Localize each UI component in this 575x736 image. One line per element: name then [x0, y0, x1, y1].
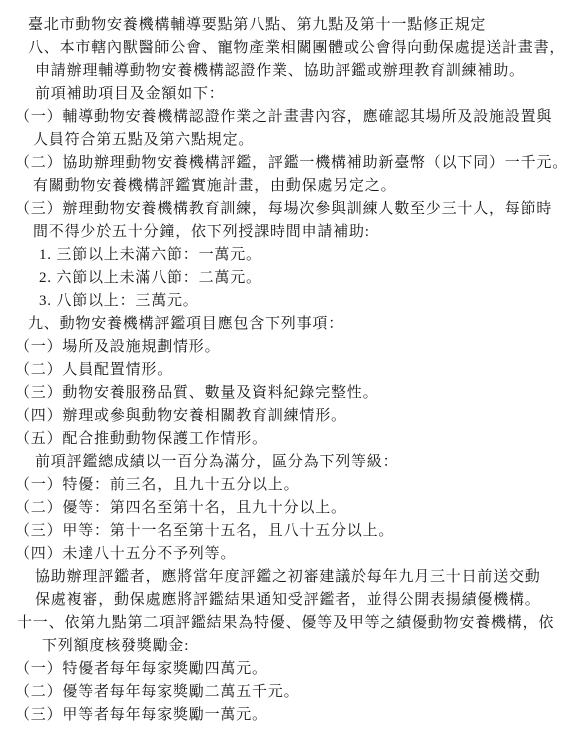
document-line: 2. 六節以上未滿八節：二萬元。	[39, 267, 575, 290]
document-line: 協助辦理評鑑者，應將當年度評鑑之初審建議於每年九月三十日前送交動	[35, 566, 575, 589]
document-page: 臺北市動物安養機構輔導要點第八點、第九點及第十一點修正規定八、本市轄內獸醫師公會…	[0, 0, 575, 736]
document-line: （四）辦理或參與動物安養相關教育訓練情形。	[15, 405, 575, 428]
document-line: （四）未達八十五分不予列等。	[15, 543, 575, 566]
document-line: 十一、依第九點第二項評鑑結果為特優、優等及甲等之績優動物安養機構，依	[17, 612, 575, 635]
document-title: 臺北市動物安養機構輔導要點第八點、第九點及第十一點修正規定	[28, 14, 575, 37]
document-line: （三）辦理動物安養機構教育訓練，每場次參與訓練人數至少三十人，每節時	[15, 198, 575, 221]
document-line: 1. 三節以上未滿六節：一萬元。	[39, 244, 575, 267]
document-line: （五）配合推動動物保護工作情形。	[15, 428, 575, 451]
document-line: （三）動物安養服務品質、數量及資料紀錄完整性。	[15, 382, 575, 405]
document-line: 有關動物安養機構評鑑實施計畫，由動保處另定之。	[33, 175, 575, 198]
document-line: （一）輔導動物安養機構認證作業之計畫書內容，應確認其場所及設施設置與	[15, 106, 575, 129]
document-body: 臺北市動物安養機構輔導要點第八點、第九點及第十一點修正規定八、本市轄內獸醫師公會…	[0, 14, 575, 727]
document-line: （二）人員配置情形。	[15, 359, 575, 382]
document-line: （一）特優者每年每家獎勵四萬元。	[15, 658, 575, 681]
document-line: 九、動物安養機構評鑑項目應包含下列事項：	[28, 313, 575, 336]
document-line: （二）協助辦理動物安養機構評鑑，評鑑一機構補助新臺幣（以下同）一千元。	[15, 152, 575, 175]
document-line: 申請辦理輔導動物安養機構認證作業、協助評鑑或辦理教育訓練補助。	[35, 60, 575, 83]
document-line: 前項補助項目及金額如下：	[35, 83, 575, 106]
document-line: （三）甲等者每年每家獎勵一萬元。	[15, 704, 575, 727]
document-line: 八、本市轄內獸醫師公會、寵物產業相關團體或公會得向動保處提送計畫書，	[28, 37, 575, 60]
document-line: 前項評鑑總成績以一百分為滿分，區分為下列等級：	[35, 451, 575, 474]
document-line: 人員符合第五點及第六點規定。	[33, 129, 575, 152]
document-line: （三）甲等：第十一名至第十五名，且八十五分以上。	[15, 520, 575, 543]
document-line: （一）特優：前三名，且九十五分以上。	[15, 474, 575, 497]
document-line: 保處複審，動保處應將評鑑結果通知受評鑑者，並得公開表揚績優機構。	[35, 589, 575, 612]
document-line: （二）優等者每年每家獎勵二萬五千元。	[15, 681, 575, 704]
document-line: 下列額度核發獎勵金:	[42, 635, 575, 658]
document-line: 3. 八節以上：三萬元。	[39, 290, 575, 313]
document-line: （一）場所及設施規劃情形。	[15, 336, 575, 359]
document-line: （二）優等：第四名至第十名，且九十分以上。	[15, 497, 575, 520]
document-line: 間不得少於五十分鐘，依下列授課時間申請補助:	[33, 221, 575, 244]
